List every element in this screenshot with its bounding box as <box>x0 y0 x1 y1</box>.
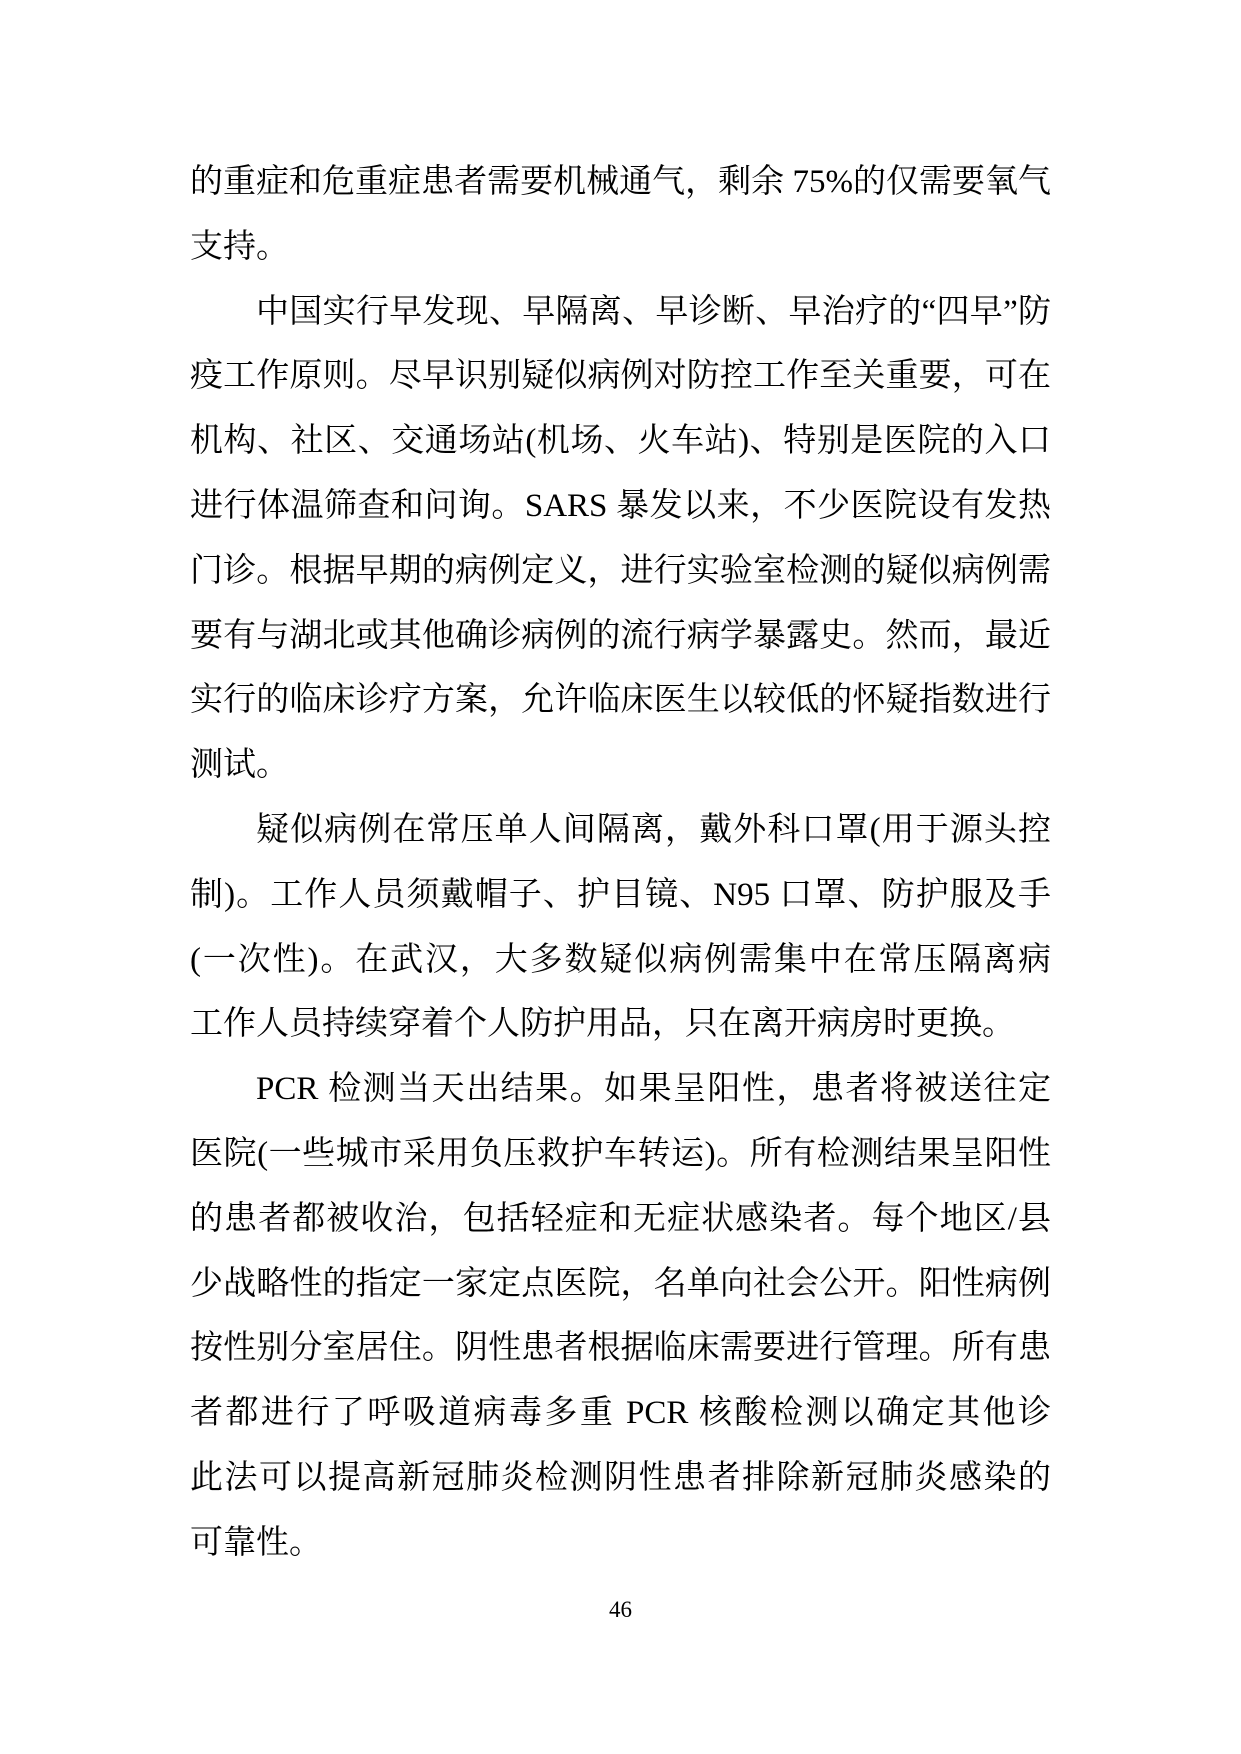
text-line: 进行体温筛查和问询。SARS 暴发以来，不少医院设有发热 <box>190 474 1051 539</box>
text-line: 的重症和危重症患者需要机械通气，剩余 75%的仅需要氧气 <box>190 150 1051 215</box>
text-line: 实行的临床诊疗方案，允许临床医生以较低的怀疑指数进行 <box>190 668 1051 733</box>
paragraph: 中国实行早发现、早隔离、早诊断、早治疗的“四早”防 疫工作原则。尽早识别疑似病例… <box>190 280 1051 798</box>
text-line: 者都进行了呼吸道病毒多重 PCR 核酸检测以确定其他诊断。 <box>190 1381 1051 1446</box>
text-line: 制)。工作人员须戴帽子、护目镜、N95 口罩、防护服及手套 <box>190 863 1051 928</box>
text-line: 疫工作原则。尽早识别疑似病例对防控工作至关重要，可在 <box>190 344 1051 409</box>
text-line: (一次性)。在武汉，大多数疑似病例需集中在常压隔离病房。 <box>190 928 1051 993</box>
page-footer: 46 <box>0 1594 1241 1626</box>
document-page: 的重症和危重症患者需要机械通气，剩余 75%的仅需要氧气 支持。 中国实行早发现… <box>0 0 1241 1754</box>
text-line: 的患者都被收治，包括轻症和无症状感染者。每个地区/县至 <box>190 1187 1051 1252</box>
text-line: 测试。 <box>190 733 1051 798</box>
paragraph: 疑似病例在常压单人间隔离，戴外科口罩(用于源头控 制)。工作人员须戴帽子、护目镜… <box>190 798 1051 1057</box>
text-line: 工作人员持续穿着个人防护用品，只在离开病房时更换。 <box>190 992 1051 1057</box>
text-line: 可靠性。 <box>190 1511 1051 1576</box>
page-body: 的重症和危重症患者需要机械通气，剩余 75%的仅需要氧气 支持。 中国实行早发现… <box>190 150 1051 1576</box>
text-line: 疑似病例在常压单人间隔离，戴外科口罩(用于源头控 <box>190 798 1051 863</box>
text-line: 少战略性的指定一家定点医院，名单向社会公开。阳性病例 <box>190 1252 1051 1317</box>
text-line: 要有与湖北或其他确诊病例的流行病学暴露史。然而，最近 <box>190 604 1051 669</box>
text-line: 医院(一些城市采用负压救护车转运)。所有检测结果呈阳性 <box>190 1122 1051 1187</box>
text-line: PCR 检测当天出结果。如果呈阳性，患者将被送往定点 <box>190 1057 1051 1122</box>
page-number: 46 <box>609 1597 632 1622</box>
text-line: 机构、社区、交通场站(机场、火车站)、特别是医院的入口 <box>190 409 1051 474</box>
text-line: 此法可以提高新冠肺炎检测阴性患者排除新冠肺炎感染的 <box>190 1446 1051 1511</box>
text-line: 支持。 <box>190 215 1051 280</box>
text-line: 中国实行早发现、早隔离、早诊断、早治疗的“四早”防 <box>190 280 1051 345</box>
paragraph: 的重症和危重症患者需要机械通气，剩余 75%的仅需要氧气 支持。 <box>190 150 1051 280</box>
text-line: 门诊。根据早期的病例定义，进行实验室检测的疑似病例需 <box>190 539 1051 604</box>
paragraph: PCR 检测当天出结果。如果呈阳性，患者将被送往定点 医院(一些城市采用负压救护… <box>190 1057 1051 1575</box>
text-line: 按性别分室居住。阴性患者根据临床需要进行管理。所有患 <box>190 1316 1051 1381</box>
